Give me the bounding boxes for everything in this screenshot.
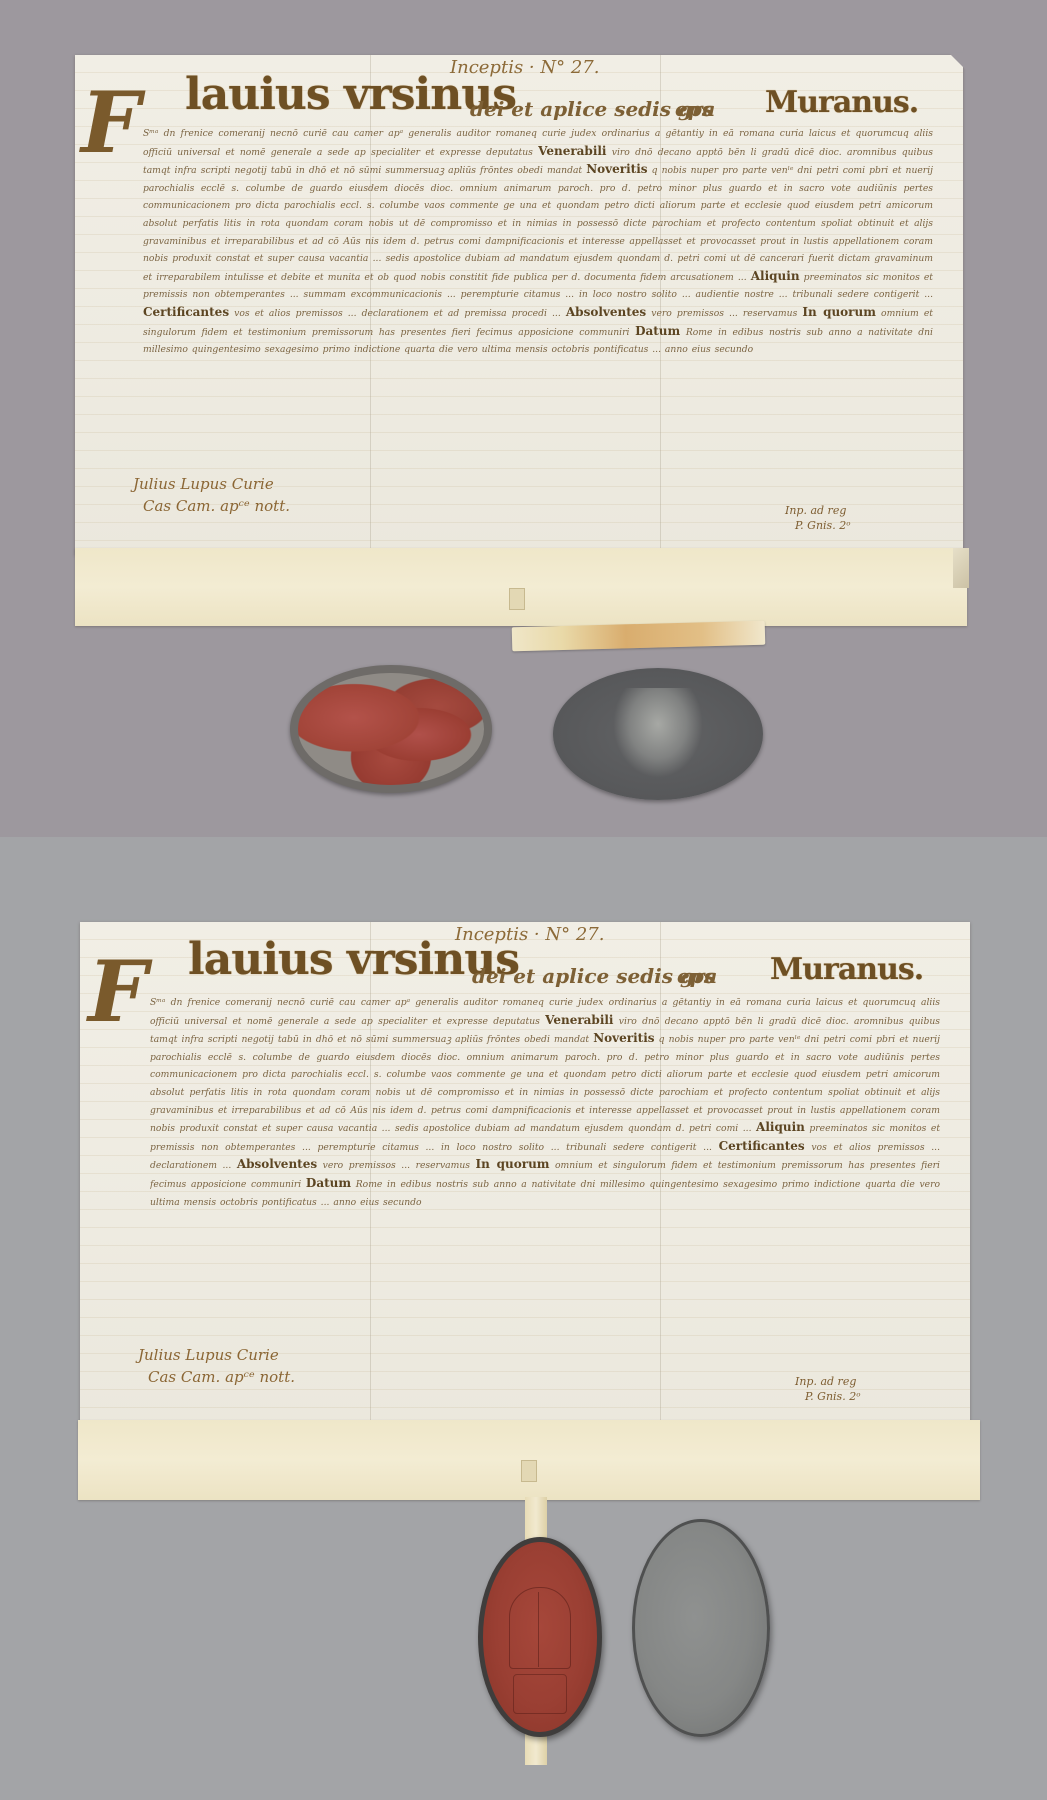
signature-left-line-2: Cas Cam. apᶜᵉ nott. bbox=[133, 495, 290, 517]
signature-right-line-2: P. Gnis. 2ᵒ bbox=[795, 1389, 860, 1404]
skippet-lid bbox=[553, 668, 763, 800]
title-line-3: Muranus. bbox=[765, 85, 918, 120]
photo-top: Inceptis · N° 27. F lauius vrsinus dei e… bbox=[0, 0, 1047, 837]
word-in-quorum: In quorum bbox=[802, 305, 876, 319]
pope-name-heading: lauius vrsinus bbox=[185, 69, 516, 120]
skippet-lid-open bbox=[632, 1519, 770, 1737]
photo-bottom: Inceptis · N° 27. F lauius vrsinus dei e… bbox=[0, 837, 1047, 1800]
charter-sheet: Inceptis · N° 27. F lauius vrsinus dei e… bbox=[75, 55, 963, 555]
title-line-2: eps bbox=[675, 97, 713, 121]
word-noveritis: Noveritis bbox=[586, 162, 647, 176]
folded-corner bbox=[949, 53, 967, 71]
signature-right: Inp. ad reg P. Gnis. 2ᵒ bbox=[795, 1374, 860, 1404]
signature-right-line-2: P. Gnis. 2ᵒ bbox=[785, 518, 850, 533]
charter-body-text: Sᵐᵃ dn frenice comeranij necnō curiē cau… bbox=[143, 125, 933, 470]
signature-right: Inp. ad reg P. Gnis. 2ᵒ bbox=[785, 503, 850, 533]
signature-left-line-2: Cas Cam. apᶜᵉ nott. bbox=[138, 1366, 295, 1388]
plica-fold bbox=[75, 548, 967, 626]
charter-sheet: Inceptis · N° 27. F lauius vrsinus dei e… bbox=[80, 922, 970, 1427]
seal-cord-slot bbox=[521, 1460, 537, 1482]
word-venerabili: Venerabili bbox=[538, 144, 606, 158]
title-line-2: eps bbox=[677, 964, 715, 988]
signature-left-line-1: Julius Lupus Curie bbox=[138, 1344, 295, 1366]
word-certificantes: Certificantes bbox=[143, 305, 229, 319]
signature-left: Julius Lupus Curie Cas Cam. apᶜᵉ nott. bbox=[133, 473, 290, 517]
signature-left: Julius Lupus Curie Cas Cam. apᶜᵉ nott. bbox=[138, 1344, 295, 1388]
signature-right-line-1: Inp. ad reg bbox=[785, 503, 850, 518]
plica-fold bbox=[78, 1420, 980, 1500]
signature-left-line-1: Julius Lupus Curie bbox=[133, 473, 290, 495]
charter-body-text: Sᵐᵃ dn frenice comeranij necnō curiē cau… bbox=[150, 994, 940, 1339]
red-wax-seal-with-figures bbox=[478, 1537, 602, 1737]
pope-name-heading: lauius vrsinus bbox=[188, 934, 519, 985]
seal-cord-slot bbox=[509, 588, 525, 610]
word-absolventes: Absolventes bbox=[566, 305, 646, 319]
initial-letter: F bbox=[88, 942, 147, 1041]
folded-corner bbox=[953, 548, 969, 588]
initial-letter: F bbox=[81, 73, 140, 172]
signature-right-line-1: Inp. ad reg bbox=[795, 1374, 860, 1389]
word-aliquin: Aliquin bbox=[751, 269, 800, 283]
broken-red-wax-seal bbox=[290, 665, 492, 793]
word-datum: Datum bbox=[635, 324, 680, 338]
title-line-3: Muranus. bbox=[770, 952, 923, 987]
